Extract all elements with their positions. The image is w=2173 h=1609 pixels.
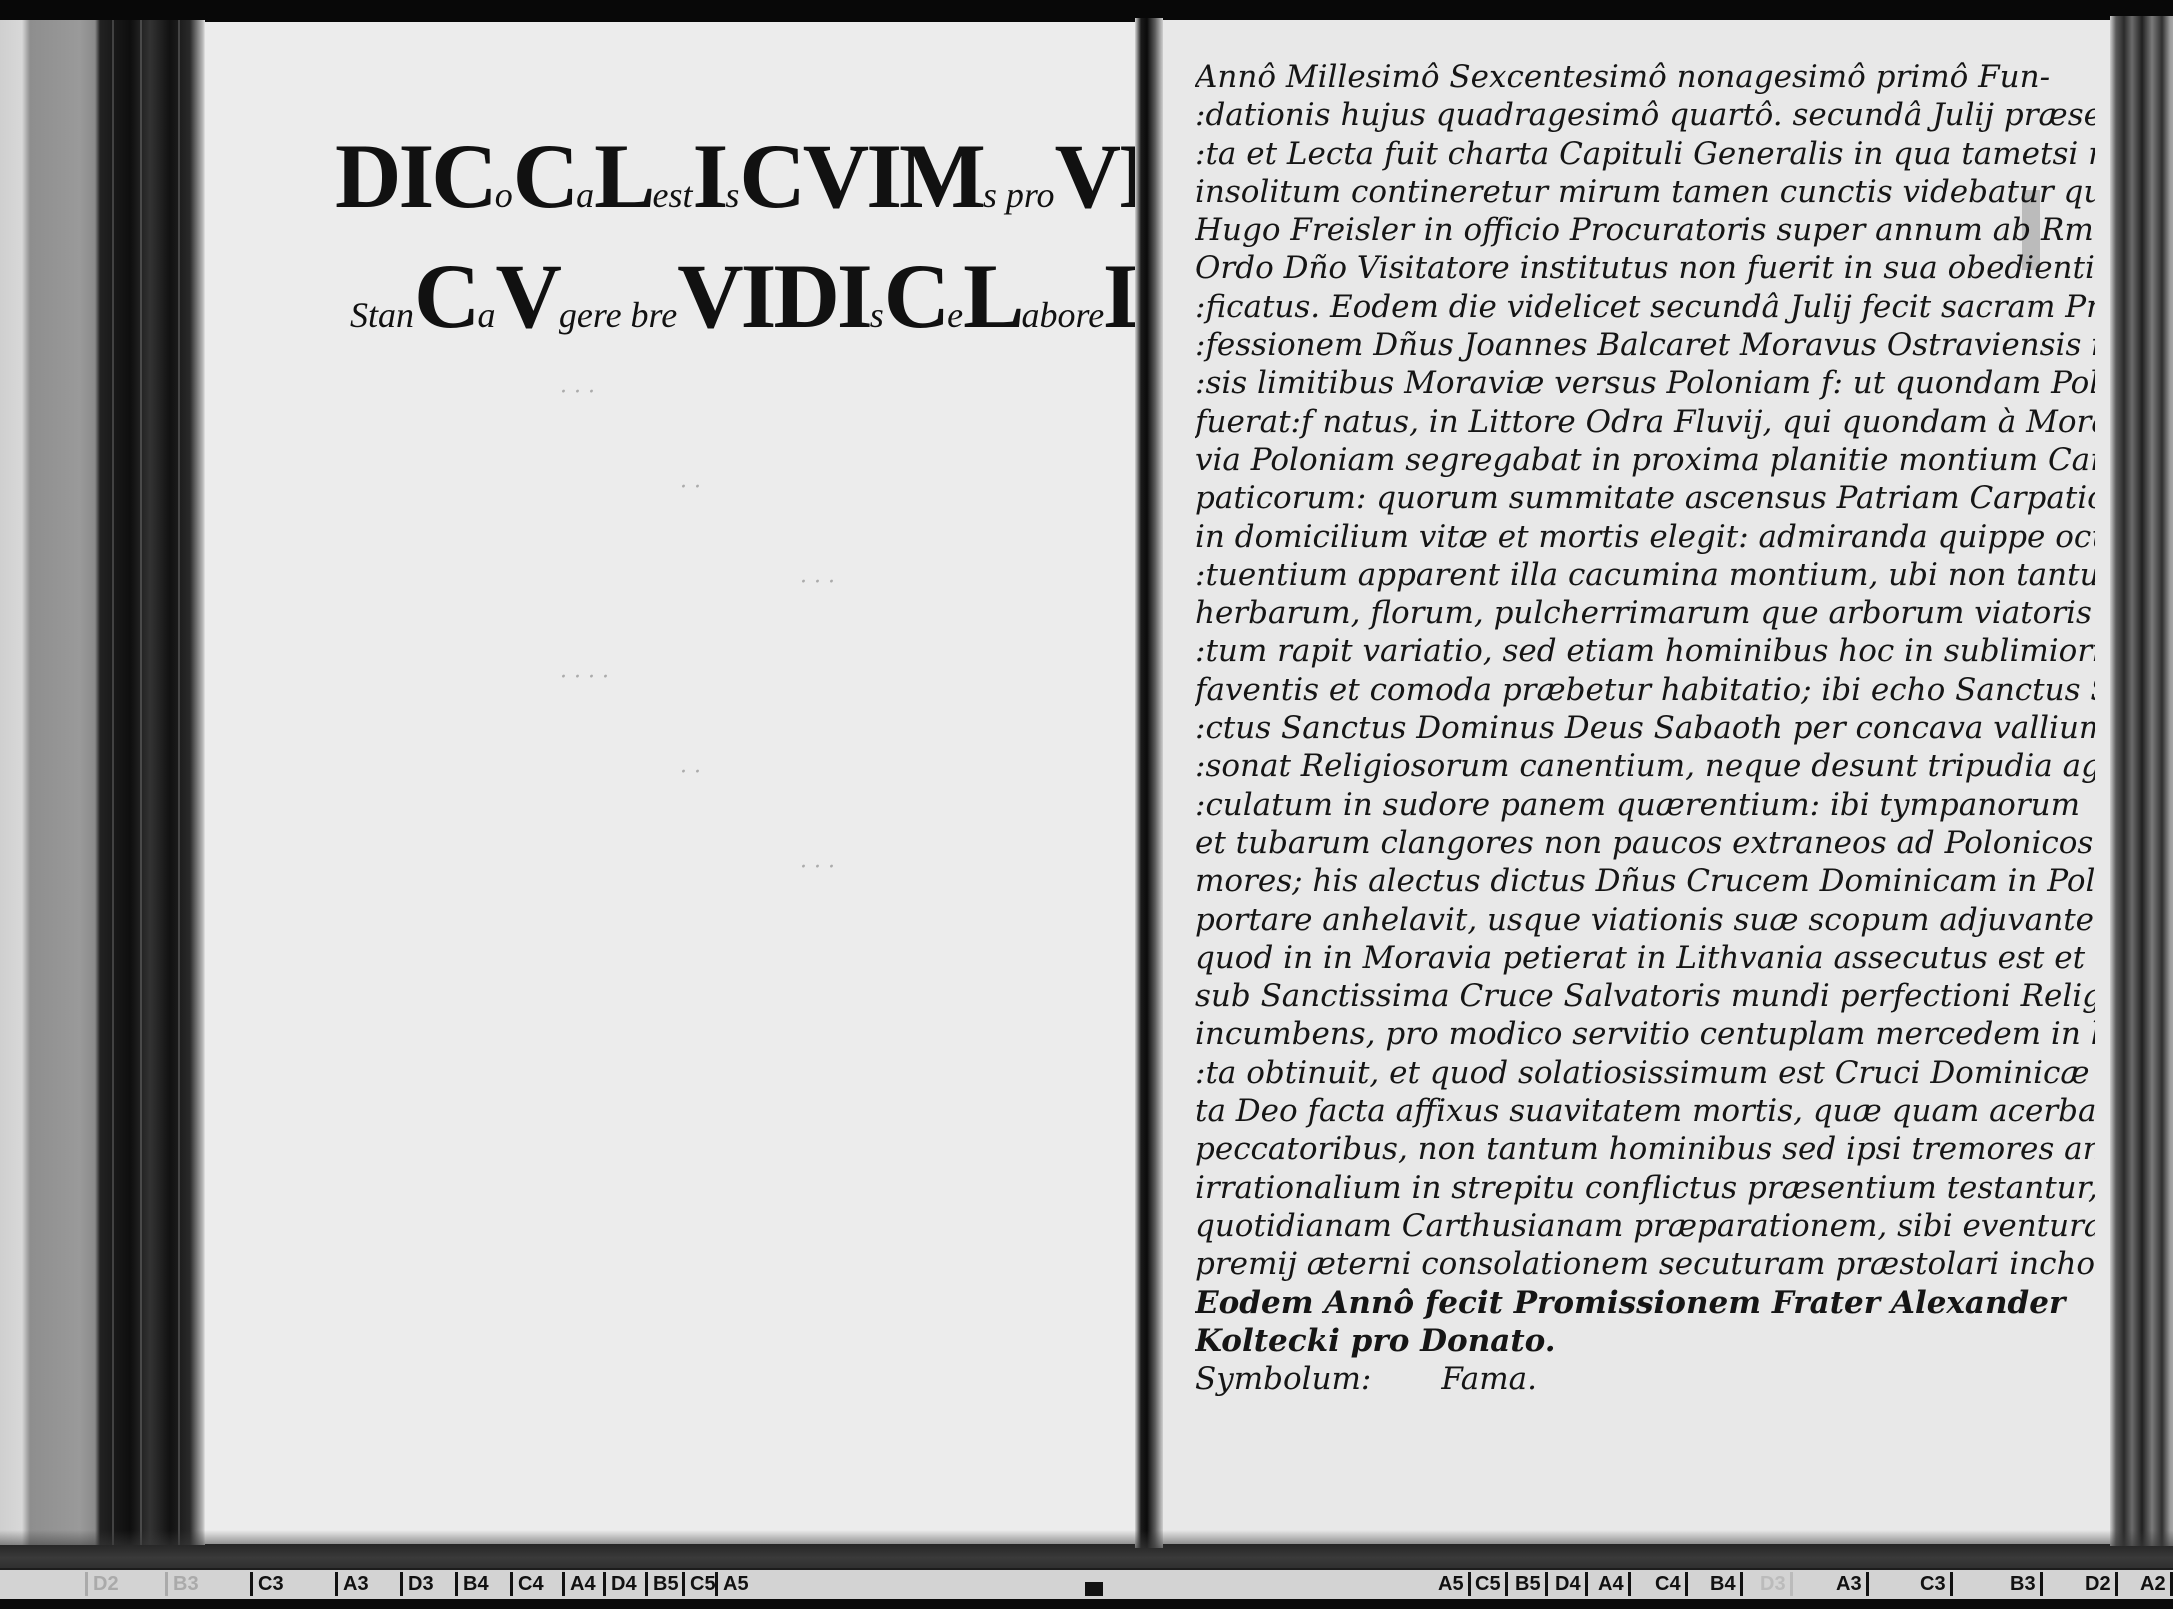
chronogram-fragment: abore	[1022, 295, 1105, 335]
film-index-label: A5	[715, 1572, 749, 1596]
right-book-edge	[2110, 16, 2173, 1546]
manuscript-line: :culatum in sudore panem quærentium: ibi…	[1195, 786, 2095, 824]
chronogram-fragment: e	[947, 295, 963, 335]
manuscript-line: mores; his alectus dictus Dñus Crucem Do…	[1195, 862, 2095, 900]
film-index-label: D2	[2085, 1572, 2118, 1596]
film-index-label: C4	[1655, 1572, 1688, 1596]
manuscript-line: Ordo Dño Visitatore institutus non fueri…	[1195, 249, 2095, 287]
chronogram-line-2: StanCaVgere breVIDIsCeLaboreLeVI.	[350, 250, 1140, 342]
chronogram-fragment: s pro	[983, 175, 1055, 215]
manuscript-line: :ta et Lecta fuit charta Capituli Genera…	[1195, 135, 2095, 173]
film-bottom-border	[0, 1599, 2173, 1609]
film-center-mark	[1085, 1582, 1103, 1596]
left-book-edge	[0, 20, 205, 1545]
manuscript-line: Koltecki pro Donato.	[1195, 1322, 2095, 1360]
manuscript-line: fuerat:f natus, in Littore Odra Fluvij, …	[1195, 403, 2095, 441]
manuscript-line: :fessionem Dñus Joannes Balcaret Moravus…	[1195, 326, 2095, 364]
symbolum-value: Fama.	[1441, 1361, 1537, 1397]
chronogram-line-1: DICoCaLestIsCVIMs proVIsLo testIs	[335, 130, 1125, 222]
film-index-label: B4	[1710, 1572, 1743, 1596]
film-index-label: D4	[1555, 1572, 1588, 1596]
bleed-through-mark: · · ·	[800, 570, 835, 595]
manuscript-line: via Poloniam segregabat in proxima plani…	[1195, 441, 2095, 479]
film-index-label: B3	[165, 1572, 199, 1596]
manuscript-line: quotidianam Carthusianam præparationem, …	[1195, 1207, 2095, 1245]
film-index-label: A3	[1836, 1572, 1869, 1596]
film-index-label: A3	[335, 1572, 369, 1596]
chronogram-fragment: VIDI	[677, 245, 869, 347]
film-index-label: A4	[562, 1572, 596, 1596]
bleed-through-mark: · · ·	[560, 380, 595, 405]
chronogram-fragment: L	[963, 245, 1021, 347]
manuscript-line: sub Sanctissima Cruce Salvatoris mundi p…	[1195, 977, 2095, 1015]
chronogram-fragment: a	[576, 175, 594, 215]
manuscript-line: portare anhelavit, usque viationis suæ s…	[1195, 901, 2095, 939]
bleed-through-mark: · · ·	[800, 855, 835, 880]
film-index-label: C4	[510, 1572, 544, 1596]
chronogram-fragment: C	[884, 245, 947, 347]
chronogram-fragment: Stan	[350, 295, 414, 335]
chronogram-fragment: o	[495, 175, 513, 215]
symbolum-line: Symbolum:Fama.	[1195, 1360, 2095, 1398]
book-gutter	[1135, 18, 1163, 1548]
film-index-label: D3	[400, 1572, 434, 1596]
manuscript-line: :sis limitibus Moraviæ versus Poloniam f…	[1195, 364, 2095, 402]
film-index-label: B5	[1515, 1572, 1548, 1596]
film-index-label: D3	[1760, 1572, 1793, 1596]
manuscript-line: incumbens, pro modico servitio centuplam…	[1195, 1015, 2095, 1053]
chronogram-fragment: DI	[335, 125, 431, 227]
manuscript-line: Eodem Annô fecit Promissionem Frater Ale…	[1195, 1284, 2095, 1322]
manuscript-line: paticorum: quorum summitate ascensus Pat…	[1195, 479, 2095, 517]
film-index-label: C5	[1475, 1572, 1508, 1596]
chronogram-fragment: est	[653, 175, 693, 215]
manuscript-line: :ficatus. Eodem die videlicet secundâ Ju…	[1195, 288, 2095, 326]
chronogram-fragment: C	[431, 125, 494, 227]
chronogram-fragment: s	[870, 295, 884, 335]
bleed-through-mark: · ·	[680, 475, 701, 500]
manuscript-line: ta Deo facta affixus suavitatem mortis, …	[1195, 1092, 2095, 1130]
chronogram-fragment: V	[495, 245, 558, 347]
manuscript-line: :sonat Religiosorum canentium, neque des…	[1195, 747, 2095, 785]
manuscript-line: Hugo Freisler in officio Procuratoris su…	[1195, 211, 2095, 249]
film-index-label: B3	[2010, 1572, 2043, 1596]
chronogram-fragment: L	[594, 125, 652, 227]
chronogram-fragment: C	[414, 245, 477, 347]
manuscript-text: Annô Millesimô Sexcentesimô nonagesimô p…	[1195, 58, 2095, 1398]
manuscript-line: :ta obtinuit, et quod solatiosissimum es…	[1195, 1054, 2095, 1092]
manuscript-line: premij æterni consolationem secuturam pr…	[1195, 1245, 2095, 1283]
film-index-label: D4	[603, 1572, 637, 1596]
film-index-label: C5	[682, 1572, 716, 1596]
film-index-label: D2	[85, 1572, 119, 1596]
manuscript-line: faventis et comoda præbetur habitatio; i…	[1195, 671, 2095, 709]
chronogram-fragment: gere bre	[559, 295, 677, 335]
bleed-through-mark: · ·	[680, 760, 701, 785]
manuscript-line: herbarum, florum, pulcherrimarum que arb…	[1195, 594, 2095, 632]
manuscript-line: insolitum contineretur mirum tamen cunct…	[1195, 173, 2095, 211]
film-index-label: C3	[250, 1572, 284, 1596]
manuscript-line: in domicilium vitæ et mortis elegit: adm…	[1195, 518, 2095, 556]
microfilm-scan: DICoCaLestIsCVIMs proVIsLo testIs StanCa…	[0, 0, 2173, 1609]
chronogram-fragment: s	[725, 175, 739, 215]
film-top-border	[0, 0, 2173, 22]
manuscript-line: quod in in Moravia petierat in Lithvania…	[1195, 939, 2095, 977]
manuscript-line: Annô Millesimô Sexcentesimô nonagesimô p…	[1195, 58, 2095, 96]
manuscript-line: irrationalium in strepitu conflictus præ…	[1195, 1169, 2095, 1207]
manuscript-line: :tuentium apparent illa cacumina montium…	[1195, 556, 2095, 594]
symbolum-label: Symbolum:	[1195, 1361, 1371, 1397]
film-index-label: B5	[645, 1572, 679, 1596]
film-index-label: B4	[455, 1572, 489, 1596]
chronogram-fragment: CVIM	[739, 125, 983, 227]
film-index-label: A4	[1598, 1572, 1631, 1596]
film-index-label: C3	[1920, 1572, 1953, 1596]
manuscript-line: :ctus Sanctus Dominus Deus Sabaoth per c…	[1195, 709, 2095, 747]
film-index-label: A2	[2140, 1572, 2173, 1596]
manuscript-line: :tum rapit variatio, sed etiam hominibus…	[1195, 632, 2095, 670]
chronogram-fragment: a	[477, 295, 495, 335]
chronogram-fragment: C	[513, 125, 576, 227]
manuscript-line: et tubarum clangores non paucos extraneo…	[1195, 824, 2095, 862]
manuscript-line: peccatoribus, non tantum hominibus sed i…	[1195, 1130, 2095, 1168]
bottom-shadow	[0, 1530, 2173, 1570]
film-index-label: A5	[1438, 1572, 1471, 1596]
chronogram-fragment: I	[693, 125, 726, 227]
manuscript-line: :dationis hujus quadragesimô quartô. sec…	[1195, 96, 2095, 134]
bleed-through-mark: · · · ·	[560, 665, 609, 690]
